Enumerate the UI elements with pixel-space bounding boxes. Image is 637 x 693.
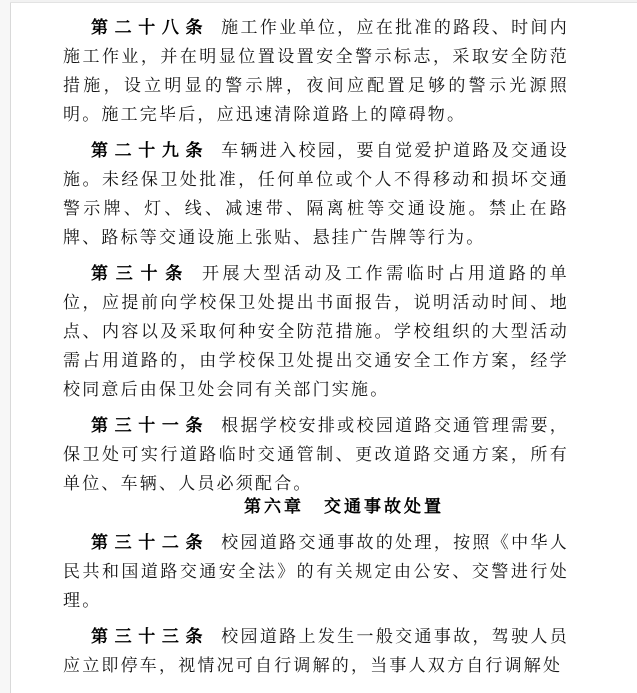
article-paragraph: 第三十一条根据学校安排或校园道路交通管理需要，保卫处可实行道路临时交通管制、更改…	[63, 411, 569, 498]
page-left-gutter	[0, 0, 11, 693]
article-number: 第二十八条	[91, 18, 209, 37]
article-body-text: 开展大型活动及工作需临时占用道路的单位，应提前向学校保卫处提出书面报告，说明活动…	[63, 264, 569, 399]
article-number: 第二十九条	[91, 141, 209, 160]
article-paragraph: 第二十八条施工作业单位，应在批准的路段、时间内施工作业，并在明显位置设置安全警示…	[63, 13, 569, 129]
article-paragraph: 第二十九条车辆进入校园，要自觉爱护道路及交通设施。未经保卫处批准，任何单位或个人…	[63, 136, 569, 252]
document-text-block: 第二十八条施工作业单位，应在批准的路段、时间内施工作业，并在明显位置设置安全警示…	[63, 13, 569, 680]
article-number: 第三十条	[91, 264, 190, 283]
document-page: { "page": { "background": "#ffffff", "gu…	[0, 0, 637, 693]
article-number: 第三十一条	[91, 416, 209, 435]
page-top-edge-line	[10, 0, 637, 3]
article-paragraph: 第三十二条校园道路交通事故的处理，按照《中华人民共和国道路交通安全法》的有关规定…	[63, 528, 569, 615]
article-number: 第三十二条	[91, 533, 209, 552]
article-paragraph: 第三十三条校园道路上发生一般交通事故，驾驶人员应立即停车，视情况可自行调解的，当…	[63, 622, 569, 680]
article-number: 第三十三条	[91, 627, 209, 646]
article-paragraph: 第三十条开展大型活动及工作需临时占用道路的单位，应提前向学校保卫处提出书面报告，…	[63, 259, 569, 404]
chapter-heading: 第六章 交通事故处置	[91, 492, 597, 521]
